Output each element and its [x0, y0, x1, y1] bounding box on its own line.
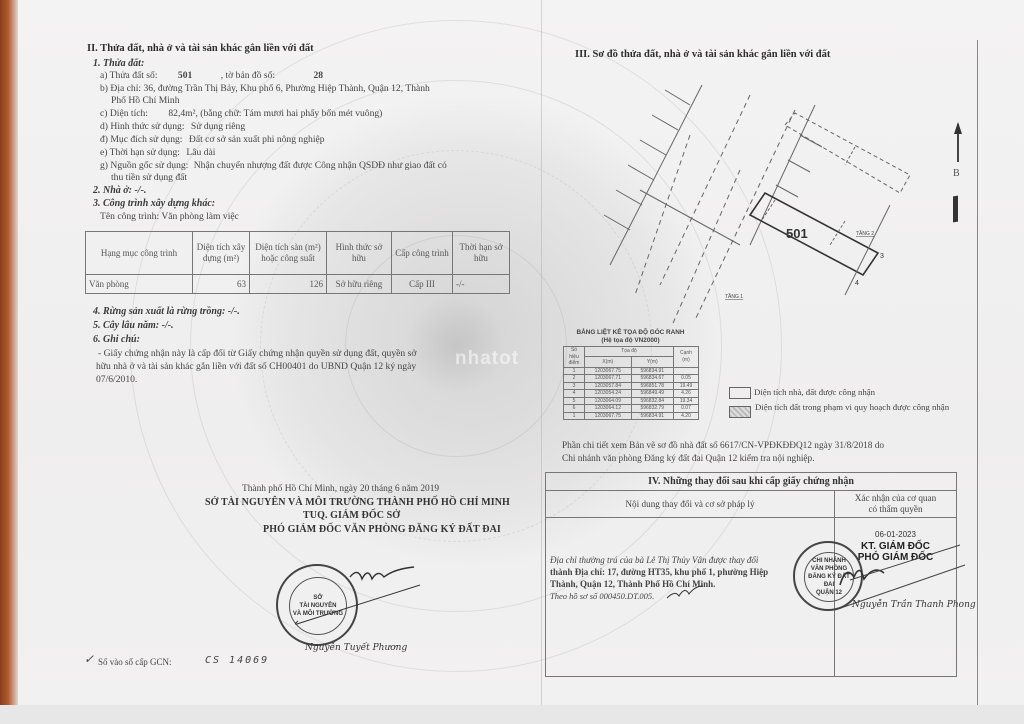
notes-heading: 6. Ghi chú:	[93, 334, 140, 345]
parcel-label: 501	[786, 226, 808, 241]
coord-cell: 1203054.24	[585, 390, 632, 398]
coord-cell	[674, 367, 699, 375]
use-form-value: Sử dụng riêng	[191, 121, 245, 132]
coord-cell: 1203067.75	[585, 367, 632, 375]
detail-note-line-2: Chi nhánh văn phòng Đăng ký đất đai Quận…	[562, 454, 815, 464]
legend-swatch-recognized	[729, 387, 751, 399]
coord-cell: 596832.79	[631, 405, 673, 413]
detail-note-line-1: Phần chi tiết xem Bản vẽ sơ đồ nhà đất s…	[562, 441, 884, 451]
signer-role: PHÓ GIÁM ĐỐC VĂN PHÒNG ĐĂNG KÝ ĐẤT ĐAI	[263, 524, 501, 535]
notes-line-3: 07/6/2010.	[96, 374, 137, 385]
coord-cell: 4.20	[674, 412, 699, 420]
confirm-signer-name: Nguyễn Trần Thanh Phong	[852, 600, 976, 610]
watermark-logo: nhatot	[455, 348, 519, 370]
construction-table: Hạng mục công trình Diện tích xây dựng (…	[85, 231, 510, 294]
coord-row: 11203067.75596834.91	[564, 367, 699, 375]
document-edge	[0, 0, 18, 724]
coord-header-row: Số hiệu điểm Tọa độ Cạnh (m)	[564, 347, 699, 357]
use-form-line: d) Hình thức sử dụng: Sử dụng riêng	[100, 121, 245, 132]
page-fold	[541, 0, 542, 705]
table-cell: 126	[250, 275, 327, 294]
table-header: Thời hạn sở hữu	[453, 232, 510, 275]
table-header: Cấp công trình	[392, 232, 453, 275]
coord-cell: 596849.49	[631, 390, 673, 398]
coord-group-header: Tọa độ	[585, 347, 674, 357]
floor-2-label: TẦNG 2	[856, 230, 874, 237]
section-2-title: II. Thửa đất, nhà ở và tài sản khác gắn …	[87, 43, 314, 54]
north-bar-icon	[953, 196, 958, 223]
north-label: B	[953, 168, 960, 179]
issuing-org: SỞ TÀI NGUYÊN VÀ MÔI TRƯỜNG THÀNH PHỐ HỒ…	[205, 497, 510, 508]
purpose-label: đ) Mục đích sử dụng:	[100, 134, 182, 145]
coord-table-title: BẢNG LIỆT KÊ TỌA ĐỘ GÓC RANH	[568, 329, 693, 336]
page-border	[977, 40, 978, 705]
coord-cell: 1	[564, 367, 585, 375]
gcn-number: CS 14069	[205, 655, 269, 666]
address-label: b) Địa chỉ:	[100, 83, 141, 94]
address-line: b) Địa chỉ: 36, đường Trần Thị Bảy, Khu …	[100, 83, 430, 94]
parcel-line: a) Thửa đất số: 501 , tờ bản đồ số: 28	[100, 70, 323, 81]
confirm-date: 06-01-2023	[839, 530, 952, 539]
table-header-row: Hạng mục công trình Diện tích xây dựng (…	[86, 232, 510, 275]
change-entry-line: thành Địa chỉ: 17, đường HT35, khu phố 1…	[550, 566, 830, 578]
coord-row: 41203054.24596849.494.26	[564, 390, 699, 398]
term-label: e) Thời hạn sử dụng:	[100, 147, 180, 158]
coord-cell: 19.34	[674, 397, 699, 405]
table-header: Hạng mục công trình	[86, 232, 193, 275]
north-arrow-icon	[957, 124, 959, 162]
area-value: 82,4m², (bằng chữ: Tám mươi hai phẩy bốn…	[168, 108, 382, 119]
origin-line-2: thu tiền sử dụng đất	[111, 172, 187, 183]
table-cell: -/-	[453, 275, 510, 294]
floor-1-label: TẦNG 1	[725, 293, 743, 300]
coord-cell: 1203057.84	[585, 382, 632, 390]
coord-cell: 0.07	[674, 405, 699, 413]
coord-cell: 596851.78	[631, 382, 673, 390]
area-label: c) Diện tích:	[100, 108, 148, 119]
parcel-label: a) Thửa đất số:	[100, 70, 158, 81]
coord-body: 11203067.75596834.9121203067.71596834.67…	[564, 367, 699, 420]
coord-cell: 596832.84	[631, 397, 673, 405]
coord-cell: 5	[564, 397, 585, 405]
legend-recognized: Diện tích nhà, đất được công nhận	[754, 387, 875, 397]
changes-col-content: Nội dung thay đổi và cơ sở pháp lý	[546, 491, 835, 518]
coord-cell: 0.05	[674, 375, 699, 383]
gcn-label: Số vào sổ cấp GCN:	[98, 657, 172, 667]
address-line-2: Phố Hồ Chí Minh	[111, 95, 180, 106]
coord-cell: 596834.67	[631, 375, 673, 383]
issue-date-line: Thành phố Hồ Chí Minh, ngày 20 tháng 6 n…	[242, 484, 439, 494]
perennial-heading: 5. Cây lâu năm: -/-.	[93, 320, 174, 331]
point-3-label: 3	[880, 253, 884, 260]
coord-header: Y(m)	[631, 357, 673, 367]
address-value: 36, đường Trần Thị Bảy, Khu phố 6, Phườn…	[143, 83, 429, 94]
coord-header: X(m)	[585, 357, 632, 367]
coord-cell: 1203064.12	[585, 405, 632, 413]
coord-table-subtitle: (Hệ tọa độ VN2000)	[568, 337, 693, 344]
table-cell: Cấp III	[392, 275, 453, 294]
table-cell: 63	[193, 275, 250, 294]
area-line: c) Diện tích: 82,4m², (bằng chữ: Tám mươ…	[100, 108, 382, 119]
confirm-header-1: Xác nhận của cơ quan	[839, 493, 952, 504]
change-entry-line: Địa chỉ thường trú của bà Lê Thị Thủy Vâ…	[550, 554, 830, 566]
section-3-title: III. Sơ đồ thửa đất, nhà ở và tài sản kh…	[575, 49, 830, 60]
construction-name: Tên công trình: Văn phòng làm việc	[100, 211, 239, 222]
initials-mark: ✓	[84, 652, 94, 666]
coord-table: Số hiệu điểm Tọa độ Cạnh (m) X(m) Y(m) 1…	[563, 346, 699, 420]
table-cell: Sở hữu riêng	[327, 275, 392, 294]
table-header: Hình thức sở hữu	[327, 232, 392, 275]
changes-col-confirm: Xác nhận của cơ quan có thẩm quyền	[835, 491, 957, 518]
parcel-number: 501	[178, 70, 192, 81]
coord-row: 21203067.71596834.670.05	[564, 375, 699, 383]
coord-cell: 2	[564, 375, 585, 383]
coord-row: 11203067.75596834.914.20	[564, 412, 699, 420]
table-row: Văn phòng 63 126 Sở hữu riêng Cấp III -/…	[86, 275, 510, 294]
section-4-title: IV. Những thay đổi sau khi cấp giấy chứn…	[546, 473, 957, 491]
table-header: Diện tích xây dựng (m²)	[193, 232, 250, 275]
coord-header: Cạnh (m)	[674, 347, 699, 368]
coord-cell: 4.26	[674, 390, 699, 398]
initials-scribble	[665, 584, 705, 604]
land-heading: 1. Thửa đất:	[93, 58, 144, 69]
origin-line: g) Nguồn gốc sử dụng: Nhận chuyển nhượng…	[100, 160, 447, 171]
house-heading: 2. Nhà ở: -/-.	[93, 185, 146, 196]
coord-row: 51203064.09596832.8419.34	[564, 397, 699, 405]
use-form-label: d) Hình thức sử dụng:	[100, 121, 184, 132]
purpose-value: Đất cơ sở sản xuất phi nông nghiệp	[189, 134, 325, 145]
legend-swatch-planned	[729, 406, 751, 418]
coord-cell: 3	[564, 382, 585, 390]
point-4-label: 4	[855, 280, 859, 287]
legend-planned: Diện tích đất trong phạm vi quy hoạch đư…	[755, 402, 955, 413]
table-cell: Văn phòng	[86, 275, 193, 294]
coord-cell: 596834.91	[631, 367, 673, 375]
notes-line-2: hữu nhà ở và tài sản khác gắn liền với đ…	[96, 361, 416, 372]
map-sheet-label: , tờ bản đồ số:	[221, 70, 275, 81]
coord-cell: 596834.91	[631, 412, 673, 420]
confirm-header-2: có thẩm quyền	[839, 504, 952, 515]
coord-cell: 6	[564, 405, 585, 413]
term-line: e) Thời hạn sử dụng: Lâu dài	[100, 147, 215, 158]
coord-header: Số hiệu điểm	[564, 347, 585, 368]
coord-cell: 1203067.75	[585, 412, 632, 420]
coord-cell: 19.49	[674, 382, 699, 390]
coord-cell: 4	[564, 390, 585, 398]
forest-heading: 4. Rừng sản xuất là rừng trồng: -/-.	[93, 306, 240, 317]
coord-row: 31203057.84596851.7819.49	[564, 382, 699, 390]
parcel-diagram: 501 TẦNG 1 TẦNG 2 3 4	[590, 75, 930, 325]
background-strip	[0, 705, 1024, 724]
tuq-title: TUQ. GIÁM ĐỐC SỞ	[303, 510, 400, 521]
origin-label: g) Nguồn gốc sử dụng:	[100, 160, 188, 171]
notes-line-1: - Giấy chứng nhận này là cấp đổi từ Giấy…	[98, 348, 416, 359]
coord-cell: 1203067.71	[585, 375, 632, 383]
map-sheet-number: 28	[314, 70, 324, 81]
table-header: Diện tích sàn (m²) hoặc công suất	[250, 232, 327, 275]
other-construction-heading: 3. Công trình xây dựng khác:	[93, 198, 215, 209]
signer-name: Nguyễn Tuyết Phương	[305, 643, 407, 653]
origin-value: Nhận chuyển nhượng đất được Công nhận QS…	[194, 160, 447, 171]
coord-row: 61203064.12596832.790.07	[564, 405, 699, 413]
purpose-line: đ) Mục đích sử dụng: Đất cơ sở sản xuất …	[100, 134, 325, 145]
coord-cell: 1203064.09	[585, 397, 632, 405]
term-value: Lâu dài	[186, 147, 215, 158]
coord-cell: 1	[564, 412, 585, 420]
signature-scribble	[280, 565, 450, 635]
